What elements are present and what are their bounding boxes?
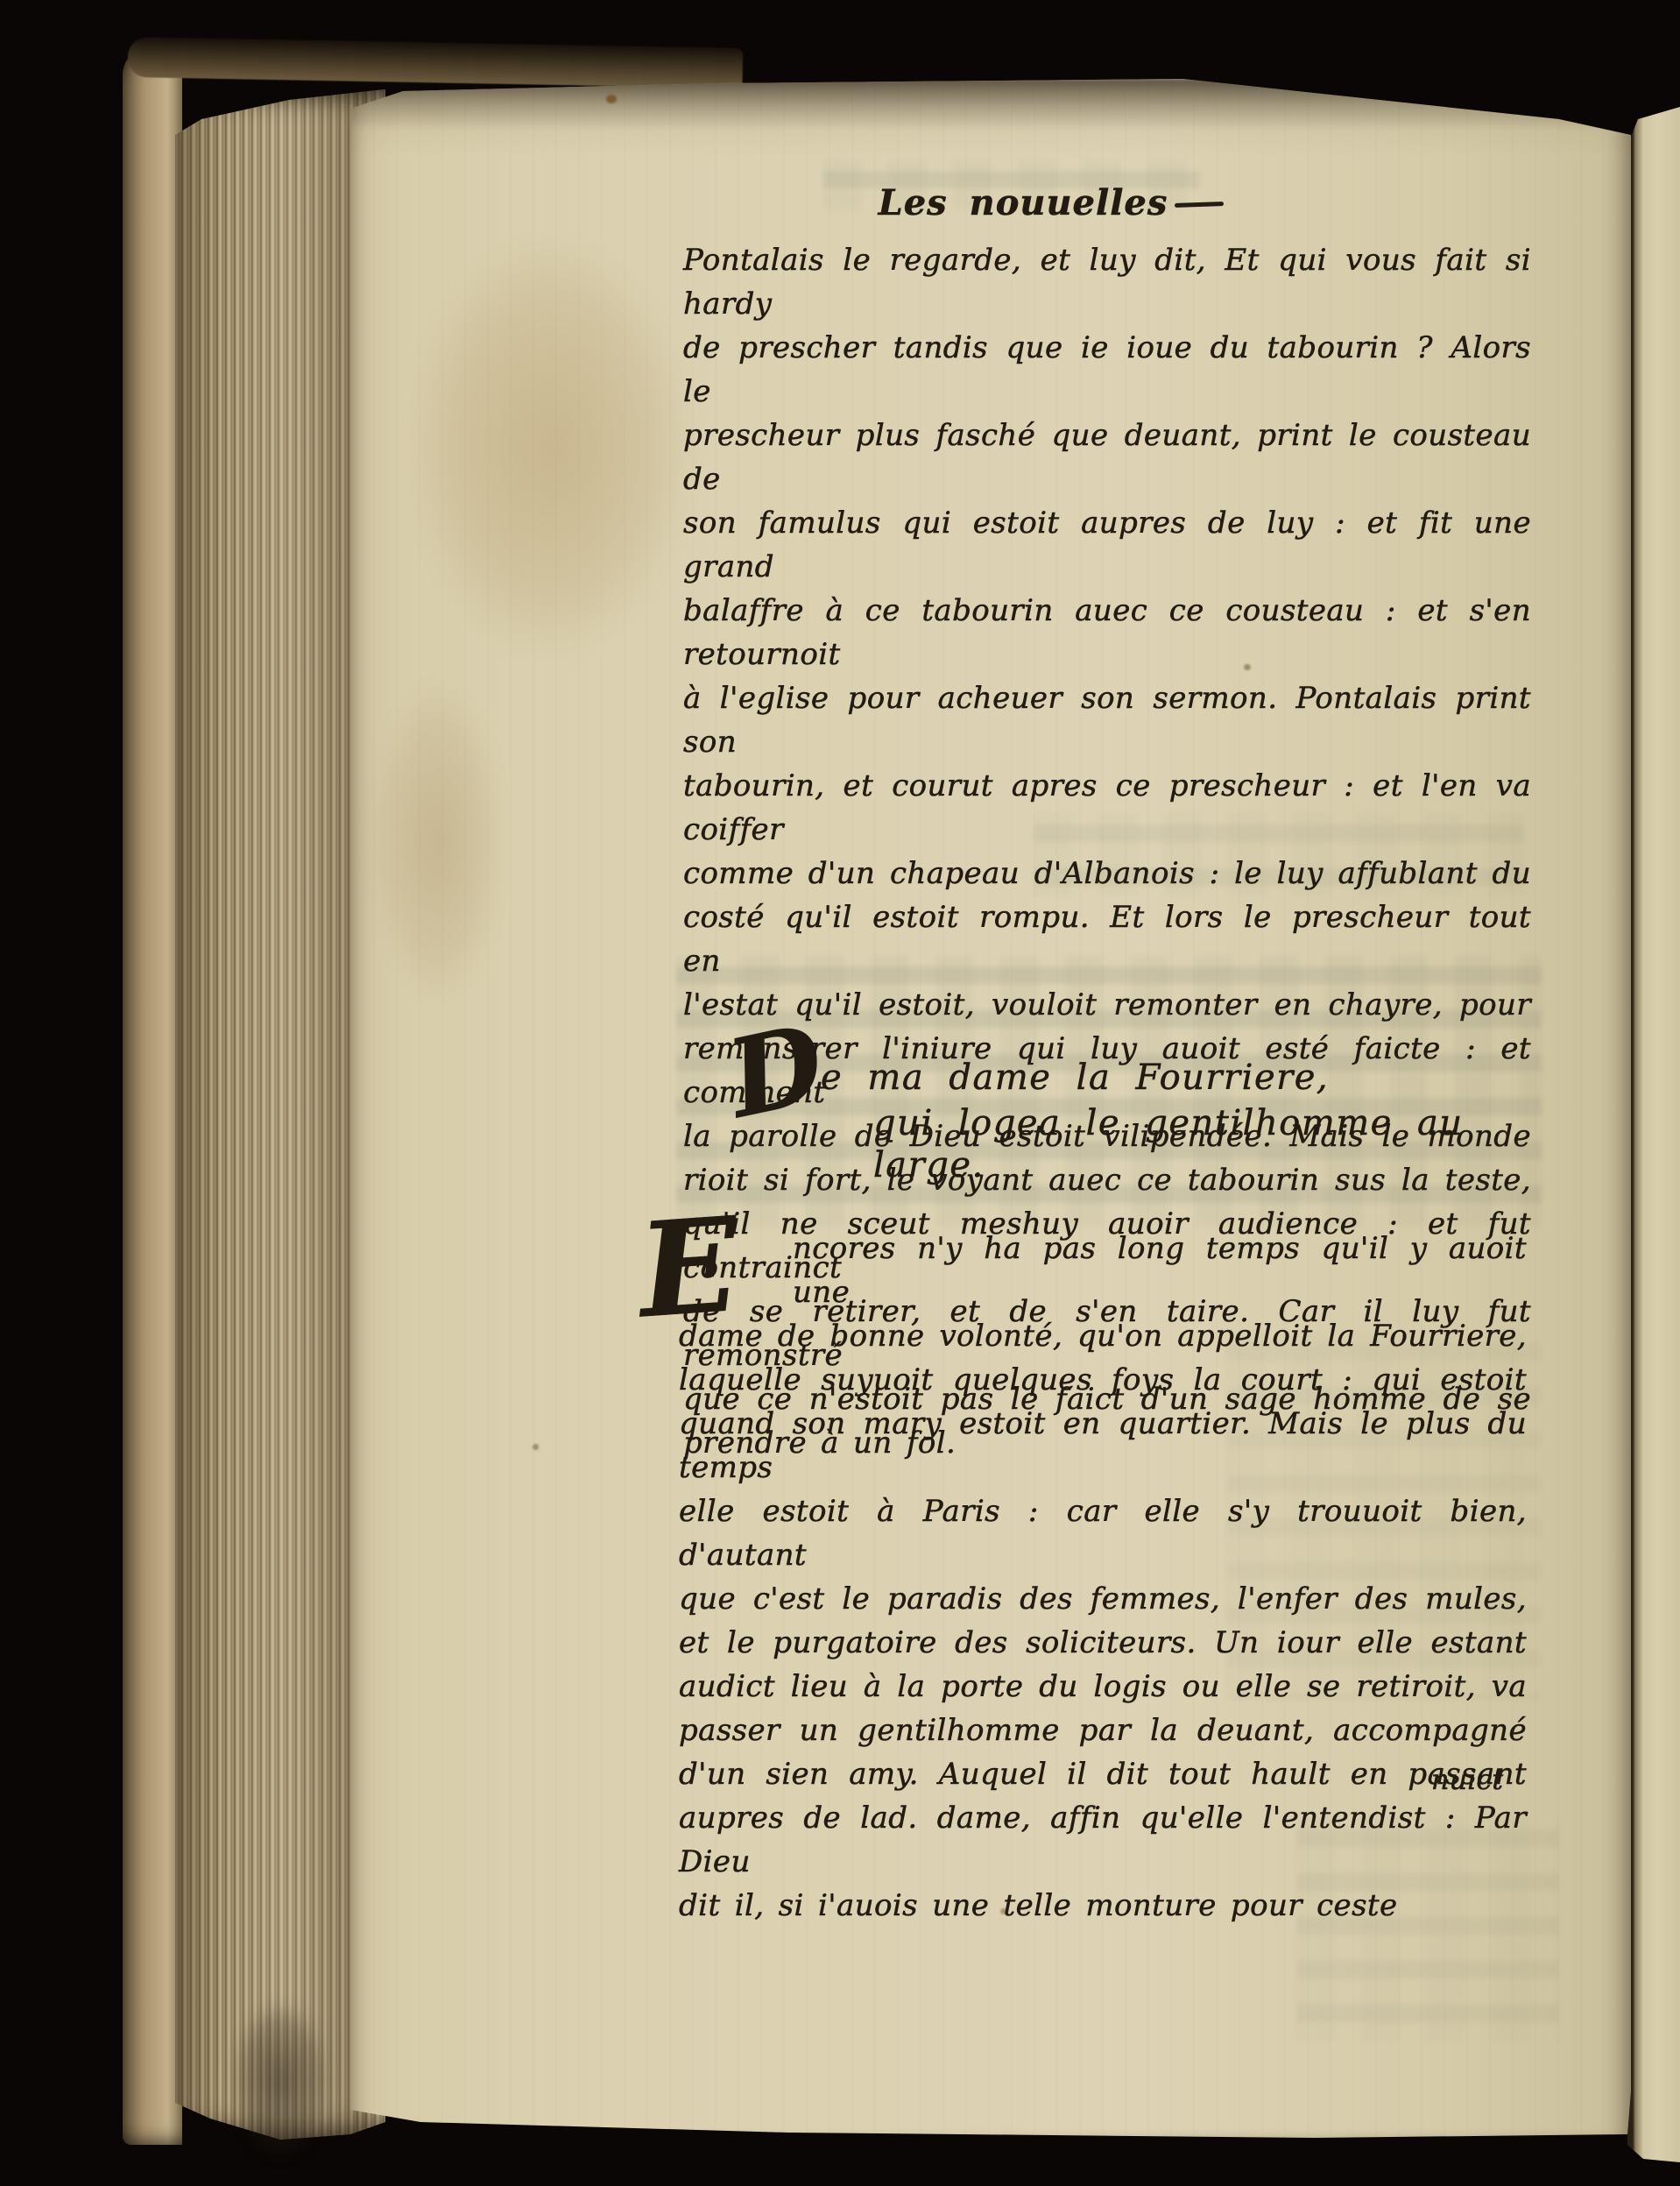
- catchword: nuict: [1401, 1763, 1533, 1796]
- text-line: ncores n'y ha pas long temps qu'il y auo…: [679, 1227, 1527, 1314]
- text-line: passer un gentilhomme par la deuant, acc…: [679, 1708, 1527, 1752]
- text-line: Pontalais le regarde, et luy dit, Et qui…: [683, 238, 1531, 326]
- cover-top-edge: [128, 37, 744, 88]
- flourish-stroke: [1175, 202, 1224, 208]
- text-line: aupres de lad. dame, affin qu'elle l'ent…: [679, 1796, 1527, 1884]
- heading-line: qui logea le gentilhomme au: [873, 1103, 1464, 1143]
- heading-line: large.: [873, 1145, 985, 1185]
- text-line: audict lieu à la porte du logis ou elle …: [679, 1665, 1527, 1708]
- next-page-edge: [1627, 84, 1680, 2162]
- text-line: balaffre à ce tabourin auec ce cousteau …: [683, 589, 1531, 676]
- text-line: et le purgatoire des soliciteurs. Un iou…: [679, 1621, 1527, 1665]
- heading-swash-initial: D: [721, 1014, 833, 1128]
- paper-stain: [354, 640, 520, 1043]
- drop-cap-initial: E: [637, 1223, 756, 1315]
- paragraph-2-lines: ncores n'y ha pas long temps qu'il y auo…: [679, 1227, 1527, 1884]
- text-line: prescheur plus fasché que deuant, print …: [683, 414, 1531, 501]
- text-line: laquelle suyuoit quelques foys la court …: [679, 1358, 1527, 1402]
- vellum-cover-edge: [123, 46, 182, 2145]
- manuscript-page: Les nouuelles Pontalais le regarde, et l…: [350, 79, 1631, 2147]
- text-line: à l'eglise pour acheuer son sermon. Pont…: [683, 676, 1531, 764]
- photo-scene: Les nouuelles Pontalais le regarde, et l…: [0, 0, 1680, 2186]
- text-line: comme d'un chapeau d'Albanois : le luy a…: [683, 852, 1531, 895]
- text-line: quand son mary estoit en quartier. Mais …: [679, 1402, 1527, 1489]
- paragraph-2: E ncores n'y ha pas long temps qu'il y a…: [679, 1227, 1527, 1928]
- running-header: Les nouuelles: [841, 182, 1261, 223]
- paper-stain: [368, 175, 736, 718]
- text-line: que c'est le paradis des femmes, l'enfer…: [679, 1577, 1527, 1621]
- paragraph-2-last-line: dit il, si i'auois une telle monture pou…: [679, 1884, 1527, 1928]
- text-line: son famulus qui estoit aupres de luy : e…: [683, 501, 1531, 589]
- page-stack-smudge: [219, 1980, 342, 2182]
- page-top-dirt-edge: [350, 79, 1631, 147]
- text-line: elle estoit à Paris : car elle s'y trouu…: [679, 1489, 1527, 1577]
- paper-speck: [606, 95, 617, 103]
- text-line: costé qu'il estoit rompu. Et lors le pre…: [683, 895, 1531, 983]
- text-line: rioit si fort, le voyant auec ce tabouri…: [683, 1158, 1531, 1202]
- heading-line: e ma dame la Fourriere,: [821, 1058, 1329, 1098]
- running-header-text: Les nouuelles: [879, 182, 1168, 223]
- text-line: dame de bonne volonté, qu'on appelloit l…: [679, 1314, 1527, 1358]
- text-line: de prescher tandis que ie ioue du tabour…: [683, 326, 1531, 414]
- text-line: tabourin, et courut apres ce prescheur :…: [683, 764, 1531, 852]
- text-line: d'un sien amy. Auquel il dit tout hault …: [679, 1752, 1527, 1796]
- paper-speck: [533, 1444, 539, 1450]
